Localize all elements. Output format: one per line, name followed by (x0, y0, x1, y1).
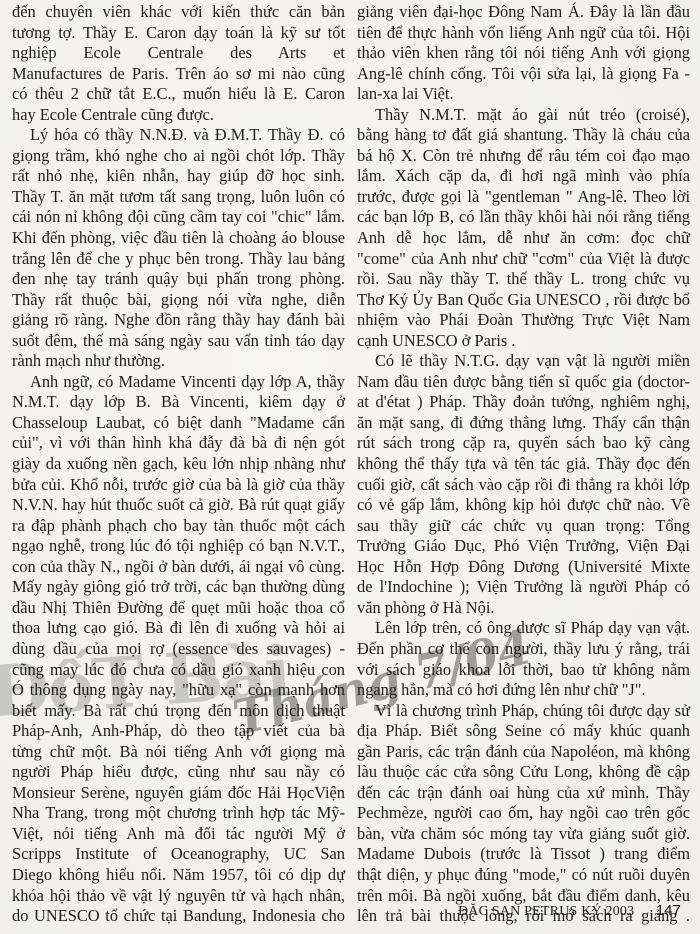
text-line: bửa củi. Khổ nỗi, trước giờ của bà là gi… (12, 475, 345, 496)
text-line: Đến phần cơ thể con người, thầy lưu ý rằ… (357, 639, 690, 660)
text-line: cũng may lúc đó chưa có dầu gió xanh hiệ… (12, 660, 345, 681)
text-line: cái nón nỉ không đội cũng cầm tay coi "c… (12, 207, 345, 228)
text-line: Nam đầu tiên được bằng tiến sĩ quốc gia … (357, 372, 690, 393)
text-line: biết mấy. Bà rất chú trọng đến môn dịch … (12, 701, 345, 722)
text-line: Khi đến phòng, việc đầu tiên là choàng á… (12, 228, 345, 249)
text-line: Mấy ngày giông gió trở trời, các bạn thư… (12, 577, 345, 598)
text-line: không thể thấy tựa và tên tác giả. Thầy … (357, 454, 690, 475)
right-text-column: giảng viên đại-học Đông Nam Á. Đây là lầ… (357, 2, 690, 927)
text-line: Việt, nói tiếng Anh mà đối tác người Mỹ … (12, 824, 345, 845)
text-line: thật diện, y phục đúng "mode," có nút ru… (357, 865, 690, 886)
text-line: trắng lên để che y phục bên trong. Thầy … (12, 249, 345, 270)
text-line: gần Paris, các trận đánh của Napoléon, m… (357, 742, 690, 763)
text-line: N.M.T. dạy lớp B. Bà Vincenti, kiêm dạy … (12, 392, 345, 413)
text-line: Nha Trang, trong một chương trình hợp tá… (12, 803, 345, 824)
text-line: suốt đêm, thế mà sáng ngày sau vẩn tỉnh … (12, 331, 345, 352)
text-line: giày da xuống nền gạch, kêu lớn nhịp nhà… (12, 454, 345, 475)
text-line: ra đập phành phạch cho bay tàn thuốc một… (12, 516, 345, 537)
text-line: đến chuyên viên khác với kiến thức căn b… (12, 2, 345, 23)
text-line: Pechmèze, người cao ốm, hay ngồi cao trê… (357, 803, 690, 824)
text-line: N.V.N. hay hút thuốc suốt cả giờ. Bà rút… (12, 495, 345, 516)
text-line: Manufactures de Paris. Trên áo sơ mi nào… (12, 64, 345, 85)
text-line: lắm. Xách cặp da, đi hơi ngã mình vào ph… (357, 166, 690, 187)
text-line: có thêu 2 chữ tắt E.C., muốn hiểu là E. … (12, 84, 345, 105)
text-line: Scripps Institute of Oceanography, UC Sa… (12, 844, 345, 865)
text-line: Ang-lê chính cống. Tôi vội sửa lại, là g… (357, 64, 690, 85)
text-line: bàn, vừa chăm sóc móng tay vừa giảng suố… (357, 824, 690, 845)
text-line: Trưởng Giáo Dục, Phó Viện Trưởng, Viện Đ… (357, 536, 690, 557)
text-line: củi", vì với thân hình khá đẫy đà bà đi … (12, 433, 345, 454)
left-text-column: đến chuyên viên khác với kiến thức căn b… (12, 2, 345, 927)
text-line: hay Ecole Centrale cũng được. (12, 105, 345, 126)
text-line: con của thầy N., ngồi ở bàn dưới, ái ngạ… (12, 557, 345, 578)
text-line: de l'Indochine ); Viện Trưởng là người P… (357, 577, 690, 598)
text-line: Thơ Ký Ủy Ban Quốc Gia UNESCO , rồi được… (357, 290, 690, 311)
text-line: thoa lưng cạo gió. Bà đi lên đi xuống và… (12, 618, 345, 639)
text-line: làu thuộc các cửa sông Cửu Long, không đ… (357, 762, 690, 783)
text-line: rồi. Sau nầy thầy T. thế thầy L. trong c… (357, 269, 690, 290)
text-line: Học Hỗn Hợp Đông Dương (Université Mixte (357, 557, 690, 578)
text-line: với sách giáo khoa lỗi thời, bao tử khôn… (357, 660, 690, 681)
text-line: khóa hội thảo về vật lý nguyên tử và hạc… (12, 886, 345, 907)
text-line: cạnh UNESCO ở Paris . (357, 331, 690, 352)
text-line: do UNESCO tổ chức tại Bandung, Indonesia… (12, 906, 345, 927)
text-line: địa Pháp. Biết sông Seine có mấy khúc qu… (357, 721, 690, 742)
page-number: 147 (656, 902, 681, 919)
page-footer: ĐẶC SAN PETRUS KÝ 2003 147 (458, 902, 681, 920)
text-line: ngang hẳn, mà có hơi đứng lên như chữ "J… (357, 680, 690, 701)
text-line: rất nhỏ nhẹ, kiên nhẫn, hay giúp đỡ học … (12, 166, 345, 187)
text-line: "come" của Anh như chữ "cơm" của Việt là… (357, 249, 690, 270)
text-line: văn phòng ở Hà Nội. (357, 598, 690, 619)
text-line: từng chữ một. Bà nói tiếng Anh với giọng… (12, 742, 345, 763)
text-line: Thầy N.M.T. mặt áo gài nút tréo (croisé)… (357, 105, 690, 126)
text-line: dầu Nhị Thiên Đường để quẹt mũi hoặc tho… (12, 598, 345, 619)
text-line: dùng dầu của mọi rợ (essence des sauvage… (12, 639, 345, 660)
text-line: sau thầy giữ các chức vụ quan trọng: Tổn… (357, 516, 690, 537)
text-line: trước, được gọi là "gentleman " Ang-lê. … (357, 187, 690, 208)
text-line: Chasseloup Laubat, có biệt danh "Madame … (12, 413, 345, 434)
text-line: lan-xa lai Việt. (357, 84, 690, 105)
text-line: Ó thông dụng ngày nay, "hữu xạ" còn mạnh… (12, 680, 345, 701)
text-line: nghiệp Ecole Centrale des Arts et (12, 43, 345, 64)
text-line: bằng hàng tơ đất giá shantung. Thầy là c… (357, 125, 690, 146)
scanned-magazine-page: ĐốT Bài Tháng 7/04 đến chuyên viên khác … (0, 0, 700, 934)
text-line: giảng viên đại-học Đông Nam Á. Đây là lầ… (357, 2, 690, 23)
text-line: ngạo nghễ, trong lúc đó tội nghiệp có bạ… (12, 536, 345, 557)
text-line: đến các trận đánh oai hùng của xứ mình. … (357, 783, 690, 804)
text-line: rành mạch như thường. (12, 351, 345, 372)
text-line: tiên để thực hành vốn liếng Anh ngữ của … (357, 23, 690, 44)
text-line: Thầy T. ăn mặt tươm tất sang trọng, luôn… (12, 187, 345, 208)
text-line: Pháp-Anh, Anh-Pháp, dò theo tập viết của… (12, 721, 345, 742)
text-line: Lên lớp trên, có ông dược sĩ Pháp dạy vạ… (357, 618, 690, 639)
text-line: người Pháp hiểu được, cũng như sau nầy c… (12, 762, 345, 783)
text-line: Anh ngữ, có Madame Vincenti dạy lớp A, t… (12, 372, 345, 393)
text-line: Madame Dubois (trước là Tissot ) trang đ… (357, 844, 690, 865)
text-line: Có lẽ thầy N.T.G. dạy vạn vật là người m… (357, 351, 690, 372)
text-line: ăn mặt sang, đi đứng thẳng lưng. Thấy cẩ… (357, 413, 690, 434)
text-line: cuối giờ, cất sách vào cặp rồi đi thẳng … (357, 475, 690, 496)
text-line: nhiệm vào Phái Đoàn Thường Trực Việt Nam (357, 310, 690, 331)
text-line: giảng rõ ràng. Nghe đồn rằng thầy hay đá… (12, 310, 345, 331)
text-line: at d'état ) Pháp. Thầy đoản tướng, nghiê… (357, 392, 690, 413)
text-line: Lý hóa có thầy N.N.Đ. và Đ.M.T. Thầy Đ. … (12, 125, 345, 146)
text-line: Diego không hiểu nổi. Năm 1957, tôi có d… (12, 865, 345, 886)
text-line: tương tợ. Thầy E. Caron dạy toán là kỹ s… (12, 23, 345, 44)
text-line: đen nhẹ tay tránh quậy bụi phấn trong ph… (12, 269, 345, 290)
text-line: Thầy rất thuộc bài, giọng nói vừa nghe, … (12, 290, 345, 311)
text-line: Monsieur Serène, nguyên giám đốc Hải Học… (12, 783, 345, 804)
text-line: bá hộ X. Còn trẻ nhưng để râu tém coi đạ… (357, 146, 690, 167)
text-line: thảo viên khen rằng tôi nói tiếng Anh vớ… (357, 43, 690, 64)
publication-title: ĐẶC SAN PETRUS KÝ 2003 (458, 904, 634, 919)
text-line: Anh dễ học lắm, dễ như ăn cơm: đọc chữ (357, 228, 690, 249)
text-line: các bạn lớp B, có lần thầy khôi hài nói … (357, 207, 690, 228)
text-line: giọng trầm, khó nghe cho ai ngồi chót lớ… (12, 146, 345, 167)
text-line: Vì là chương trình Pháp, chúng tôi được … (357, 701, 690, 722)
text-line: rút sách trong cặp ra, quyển sách bao kỹ… (357, 433, 690, 454)
text-line: có vẻ gấp lắm, không kịp hỏi được chữ nà… (357, 495, 690, 516)
